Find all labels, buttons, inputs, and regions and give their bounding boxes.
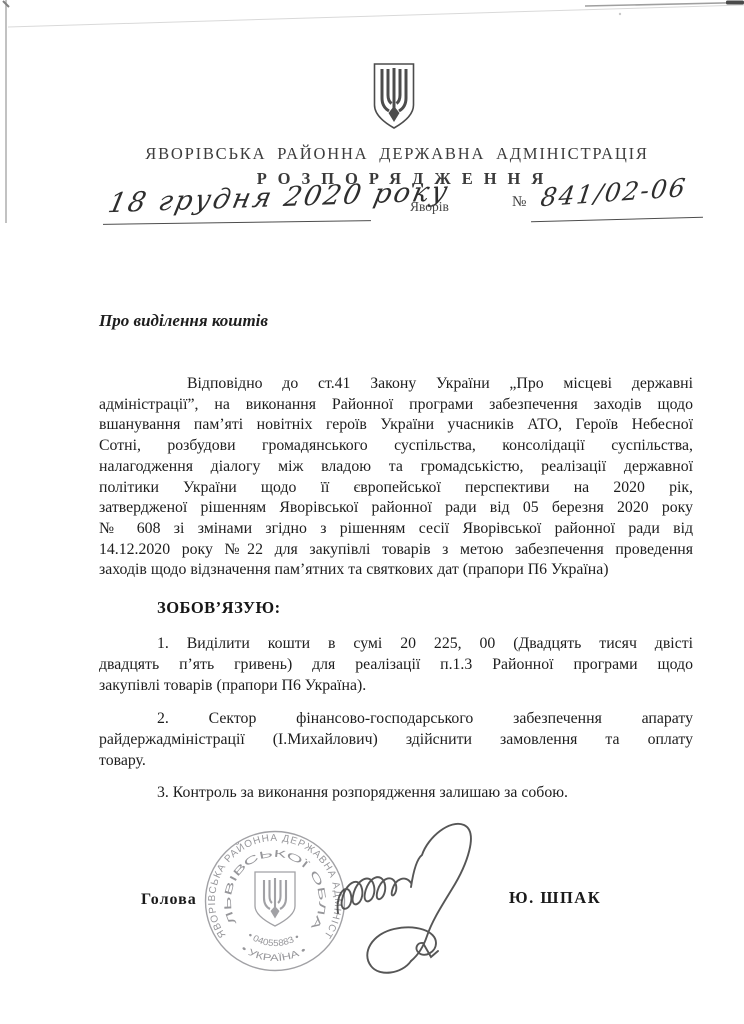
order-item-3: 3. Контроль за виконання розпорядження з… [157, 784, 568, 802]
place-name: Яворів [410, 199, 449, 215]
text-line: заходів щодо відзначення пам’ятних та св… [99, 560, 693, 581]
svg-text:• 04055883 •: • 04055883 • [246, 930, 301, 948]
scan-line-top-right [585, 3, 744, 7]
ukraine-trident-emblem [371, 62, 417, 130]
date-underline [103, 220, 371, 225]
text-line: товару. [99, 750, 693, 771]
text-line: № 608 зі змінами згідно з рішенням сесії… [99, 519, 693, 540]
order-item-2: 2. Сектор фінансово-господарського забез… [99, 708, 693, 771]
scan-mark-top-right [726, 1, 744, 5]
org-name: ЯВОРІВСЬКА РАЙОННА ДЕРЖАВНА АДМІНІСТРАЦІ… [97, 144, 697, 164]
text-line: 14.12.2020 року №22 для закупівлі товарі… [99, 540, 693, 561]
text-line: Відповідно до ст.41 Закону України „Про … [99, 374, 693, 395]
text-line: затвердженої рішенням Яворівської районн… [99, 498, 693, 519]
stamp-code-text: • 04055883 • [246, 930, 301, 948]
main-paragraph: Відповідно до ст.41 Закону України „Про … [99, 374, 693, 581]
signer-position: Голова [141, 891, 197, 909]
number-underline [531, 217, 703, 223]
text-line: 2. Сектор фінансово-господарського забез… [99, 708, 693, 729]
text-line: адміністрації”, на виконання Районної пр… [99, 395, 693, 416]
text-line: двадцять п’ять гривень) для реалізації п… [99, 654, 693, 675]
stamp-trident-emblem [255, 872, 295, 926]
signer-name: Ю. ШПАК [509, 888, 601, 908]
text-line: політики України щодо її європейської пе… [99, 478, 693, 499]
svg-text:ЯВОРІВСЬКА РАЙОННА ДЕРЖАВНА АД: ЯВОРІВСЬКА РАЙОННА ДЕРЖАВНА АДМІНІСТРАЦІ… [204, 830, 343, 941]
stamp-outer-text: ЯВОРІВСЬКА РАЙОННА ДЕРЖАВНА АДМІНІСТРАЦІ… [204, 830, 343, 941]
order-item-1: 1. Виділити кошти в сумі 20 225, 00 (Два… [99, 633, 693, 696]
scan-speck [619, 13, 621, 15]
official-stamp: ЯВОРІВСЬКА РАЙОННА ДЕРЖАВНА АДМІНІСТРАЦІ… [204, 830, 346, 972]
subject-line: Про виділення коштів [99, 311, 268, 331]
number-label: № [512, 194, 526, 211]
obligate-heading: ЗОБОВ’ЯЗУЮ: [157, 598, 281, 618]
text-line: Сотні, розбудови громадянського суспільс… [99, 436, 693, 457]
text-line: вшанування пам’яті новітніх героїв Украї… [99, 415, 693, 436]
scan-mark-top-left [3, 1, 9, 7]
document-page: ЯВОРІВСЬКА РАЙОННА ДЕРЖАВНА АДМІНІСТРАЦІ… [0, 0, 744, 1024]
text-line: налагодження діалогу між владою та грома… [99, 457, 693, 478]
scan-line-top [8, 5, 744, 27]
text-line: закупівлі товарів (прапори П6 Україна). [99, 675, 693, 696]
text-line: 1. Виділити кошти в сумі 20 225, 00 (Два… [99, 633, 693, 654]
handwritten-signature [330, 815, 490, 1005]
text-line: райдержадміністрації (І.Михайлович) здій… [99, 729, 693, 750]
